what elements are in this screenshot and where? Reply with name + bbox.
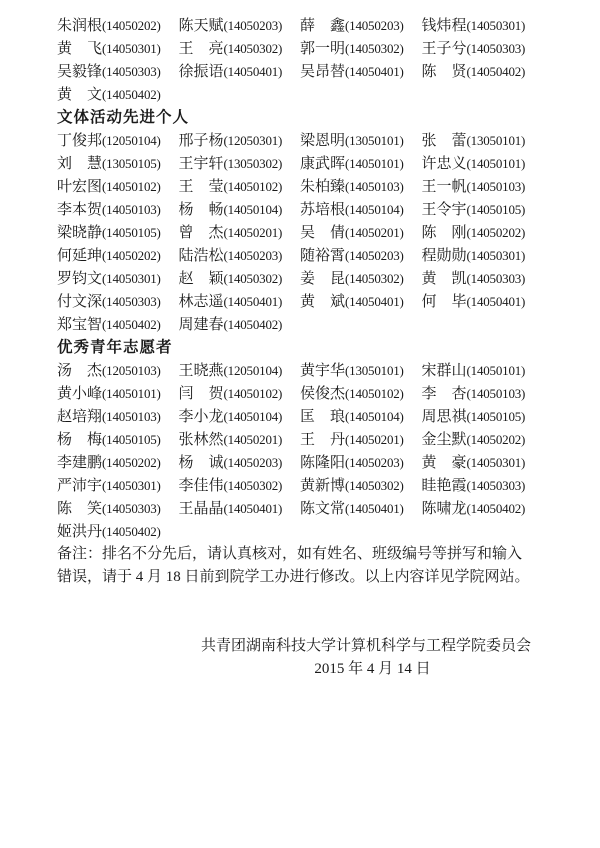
award-entry: 闫 贺(14050102)	[179, 382, 301, 405]
document-page: 朱润根(14050202)陈天赋(14050203)薛 鑫(14050203)钱…	[0, 0, 600, 848]
award-entry-name: 闫 贺	[179, 386, 224, 402]
award-entry-student-id: (14050301)	[467, 455, 526, 470]
award-entry-student-id: (13050302)	[224, 156, 283, 171]
award-entry: 眭艳霞(14050303)	[422, 474, 544, 497]
award-entry-name: 杨 畅	[179, 202, 224, 218]
award-entry-name: 匡 琅	[300, 409, 345, 425]
award-entry: 张林然(14050201)	[179, 428, 301, 451]
section-title-sports-activities: 文体活动先进个人	[57, 106, 543, 129]
award-entry-student-id: (14050105)	[102, 225, 161, 240]
award-entry: 梁恩明(13050101)	[300, 129, 422, 152]
award-entry-name: 黄 文	[57, 87, 102, 103]
award-entry-name: 郑宝智	[57, 317, 102, 333]
award-entry-student-id: (14050303)	[102, 294, 161, 309]
award-entry-name: 丁俊邦	[57, 133, 102, 149]
award-entry-student-id: (13050105)	[102, 156, 161, 171]
award-entry-student-id: (14050102)	[102, 179, 161, 194]
volunteer-award-list: 汤 杰(12050103)王晓燕(12050104)黄宇华(13050101)宋…	[57, 359, 543, 543]
award-entry-student-id: (14050302)	[345, 478, 404, 493]
award-entry: 宋群山(14050101)	[422, 359, 544, 382]
award-entry-name: 黄 豪	[422, 455, 467, 471]
award-entry: 朱润根(14050202)	[57, 14, 179, 37]
award-entry-name: 李小龙	[179, 409, 224, 425]
award-entry: 周思祺(14050105)	[422, 405, 544, 428]
award-entry: 吴 倩(14050201)	[300, 221, 422, 244]
award-entry-student-id: (14050402)	[467, 501, 526, 516]
award-entry-student-id: (14050103)	[102, 202, 161, 217]
award-entry-name: 吴昂替	[300, 64, 345, 80]
award-entry-name: 程勋勋	[422, 248, 467, 264]
award-entry: 陈隆阳(14050203)	[300, 451, 422, 474]
award-entry-name: 杨 梅	[57, 432, 102, 448]
award-entry: 王 亮(14050302)	[179, 37, 301, 60]
award-entry-student-id: (14050303)	[467, 478, 526, 493]
award-entry-name: 林志遥	[179, 294, 224, 310]
award-entry-student-id: (14050103)	[102, 409, 161, 424]
award-entry: 朱柏臻(14050103)	[300, 175, 422, 198]
award-entry-name: 陈天赋	[179, 18, 224, 34]
award-entry-student-id: (14050401)	[345, 64, 404, 79]
award-entry: 黄 飞(14050301)	[57, 37, 179, 60]
award-entry: 黄宇华(13050101)	[300, 359, 422, 382]
award-entry-student-id: (13050101)	[345, 363, 404, 378]
award-entry: 姬洪丹(14050402)	[57, 520, 179, 543]
award-entry-student-id: (14050104)	[345, 409, 404, 424]
award-entry-name: 王一帆	[422, 179, 467, 195]
award-entry-student-id: (14050201)	[224, 432, 283, 447]
award-entry-name: 赵 颖	[179, 271, 224, 287]
award-entry-name: 王宇轩	[179, 156, 224, 172]
signature-organization: 共青团湖南科技大学计算机科学与工程学院委员会	[57, 635, 543, 658]
award-entry-student-id: (14050104)	[224, 409, 283, 424]
award-entry-student-id: (14050102)	[224, 386, 283, 401]
award-entry-student-id: (14050301)	[102, 478, 161, 493]
award-entry-name: 黄小峰	[57, 386, 102, 402]
award-entry-name: 陈 贤	[422, 64, 467, 80]
award-entry: 陈 笑(14050303)	[57, 497, 179, 520]
award-entry-name: 李本贺	[57, 202, 102, 218]
award-entry: 匡 琅(14050104)	[300, 405, 422, 428]
award-entry: 汤 杰(12050103)	[57, 359, 179, 382]
award-entry-name: 张 蕾	[422, 133, 467, 149]
award-entry-name: 黄新博	[300, 478, 345, 494]
award-entry-name: 陈啸龙	[422, 501, 467, 517]
award-entry: 徐振语(14050401)	[179, 60, 301, 83]
award-entry-name: 朱柏臻	[300, 179, 345, 195]
award-entry-student-id: (14050203)	[224, 455, 283, 470]
award-entry: 王一帆(14050103)	[422, 175, 544, 198]
award-entry-name: 何 毕	[422, 294, 467, 310]
award-entry-student-id: (14050203)	[345, 248, 404, 263]
award-entry: 康武晖(14050101)	[300, 152, 422, 175]
award-entry-student-id: (14050302)	[345, 41, 404, 56]
award-entry-name: 苏培根	[300, 202, 345, 218]
signature-date: 2015 年 4 月 14 日	[57, 658, 543, 681]
award-entry-name: 吴毅锋	[57, 64, 102, 80]
award-entry-student-id: (12050104)	[224, 363, 283, 378]
award-entry: 赵培翔(14050103)	[57, 405, 179, 428]
award-entry: 黄 豪(14050301)	[422, 451, 544, 474]
award-entry-name: 黄 飞	[57, 41, 102, 57]
section-title-young-volunteers: 优秀青年志愿者	[57, 336, 543, 359]
award-entry: 陆浩松(14050203)	[179, 244, 301, 267]
award-entry: 黄小峰(14050101)	[57, 382, 179, 405]
award-entry-name: 陈 刚	[422, 225, 467, 241]
award-entry-name: 朱润根	[57, 18, 102, 34]
award-entry: 杨 诚(14050203)	[179, 451, 301, 474]
award-entry-student-id: (13050101)	[467, 133, 526, 148]
award-entry: 杨 梅(14050105)	[57, 428, 179, 451]
award-entry-name: 许忠义	[422, 156, 467, 172]
award-entry-student-id: (14050103)	[467, 386, 526, 401]
award-entry: 陈文常(14050401)	[300, 497, 422, 520]
award-entry: 金尘默(14050202)	[422, 428, 544, 451]
award-entry-name: 王 亮	[179, 41, 224, 57]
award-entry-name: 周建春	[179, 317, 224, 333]
award-entry-student-id: (14050101)	[102, 386, 161, 401]
award-entry: 郑宝智(14050402)	[57, 313, 179, 336]
award-entry: 王晓燕(12050104)	[179, 359, 301, 382]
award-entry-name: 钱炜程	[422, 18, 467, 34]
award-entry: 钱炜程(14050301)	[422, 14, 544, 37]
award-entry: 李 杏(14050103)	[422, 382, 544, 405]
award-entry-student-id: (14050105)	[467, 202, 526, 217]
award-entry-student-id: (14050301)	[467, 18, 526, 33]
award-entry-student-id: (14050101)	[467, 363, 526, 378]
award-entry-student-id: (14050201)	[224, 225, 283, 240]
award-entry: 周建春(14050402)	[179, 313, 301, 336]
award-entry: 何 毕(14050401)	[422, 290, 544, 313]
award-entry-student-id: (13050101)	[345, 133, 404, 148]
award-entry-student-id: (12050103)	[102, 363, 161, 378]
award-entry-name: 王 丹	[300, 432, 345, 448]
award-entry: 程勋勋(14050301)	[422, 244, 544, 267]
award-entry-student-id: (14050301)	[467, 248, 526, 263]
award-entry-student-id: (14050301)	[102, 271, 161, 286]
award-entry: 梁晓静(14050105)	[57, 221, 179, 244]
top-award-list: 朱润根(14050202)陈天赋(14050203)薛 鑫(14050203)钱…	[57, 14, 543, 106]
award-entry-student-id: (14050402)	[102, 317, 161, 332]
award-entry: 李本贺(14050103)	[57, 198, 179, 221]
award-entry-student-id: (14050303)	[467, 41, 526, 56]
award-entry-name: 付文深	[57, 294, 102, 310]
award-entry-student-id: (14050105)	[467, 409, 526, 424]
award-entry: 张 蕾(13050101)	[422, 129, 544, 152]
award-entry-student-id: (14050303)	[102, 64, 161, 79]
award-entry-student-id: (14050402)	[102, 524, 161, 539]
award-entry-student-id: (14050102)	[224, 179, 283, 194]
award-entry-student-id: (14050202)	[102, 248, 161, 263]
award-entry-student-id: (14050201)	[345, 225, 404, 240]
award-entry: 林志遥(14050401)	[179, 290, 301, 313]
award-entry-student-id: (14050401)	[224, 501, 283, 516]
award-entry-student-id: (14050203)	[345, 18, 404, 33]
award-entry: 曾 杰(14050201)	[179, 221, 301, 244]
award-entry-student-id: (14050303)	[467, 271, 526, 286]
award-entry-name: 王晶晶	[179, 501, 224, 517]
award-entry: 邢子杨(12050301)	[179, 129, 301, 152]
award-entry-student-id: (14050301)	[102, 41, 161, 56]
award-entry: 黄 凯(14050303)	[422, 267, 544, 290]
award-entry-student-id: (14050302)	[224, 478, 283, 493]
award-entry-student-id: (14050402)	[102, 87, 161, 102]
award-entry: 李佳伟(14050302)	[179, 474, 301, 497]
award-entry-name: 薛 鑫	[300, 18, 345, 34]
award-entry-name: 赵培翔	[57, 409, 102, 425]
award-entry: 随裕霄(14050203)	[300, 244, 422, 267]
award-entry-name: 李佳伟	[179, 478, 224, 494]
award-entry-name: 叶宏图	[57, 179, 102, 195]
award-entry: 李建鹏(14050202)	[57, 451, 179, 474]
award-entry-name: 眭艳霞	[422, 478, 467, 494]
award-entry-student-id: (14050401)	[224, 64, 283, 79]
remarks-line-2: 错误，请于 4 月 18 日前到院学工办进行修改。以上内容详见学院网站。	[57, 569, 530, 585]
award-entry: 刘 慧(13050105)	[57, 152, 179, 175]
award-entry-name: 梁恩明	[300, 133, 345, 149]
award-entry-name: 周思祺	[422, 409, 467, 425]
award-entry-name: 陈文常	[300, 501, 345, 517]
award-entry: 王宇轩(13050302)	[179, 152, 301, 175]
award-entry: 赵 颖(14050302)	[179, 267, 301, 290]
award-entry: 王 丹(14050201)	[300, 428, 422, 451]
award-entry-name: 曾 杰	[179, 225, 224, 241]
award-entry-name: 杨 诚	[179, 455, 224, 471]
award-entry: 黄新博(14050302)	[300, 474, 422, 497]
award-entry-student-id: (14050401)	[224, 294, 283, 309]
award-entry: 侯俊杰(14050102)	[300, 382, 422, 405]
award-entry-student-id: (14050202)	[102, 18, 161, 33]
award-entry-student-id: (14050104)	[224, 202, 283, 217]
award-entry-name: 金尘默	[422, 432, 467, 448]
award-entry-student-id: (14050202)	[467, 225, 526, 240]
signature-block: 共青团湖南科技大学计算机科学与工程学院委员会 2015 年 4 月 14 日	[57, 635, 543, 681]
award-entry-name: 黄宇华	[300, 363, 345, 379]
award-entry-student-id: (14050101)	[345, 156, 404, 171]
award-entry: 苏培根(14050104)	[300, 198, 422, 221]
award-entry-student-id: (12050104)	[102, 133, 161, 148]
award-entry-name: 康武晖	[300, 156, 345, 172]
award-entry-name: 姬洪丹	[57, 524, 102, 540]
award-entry: 王 莹(14050102)	[179, 175, 301, 198]
award-entry-name: 王晓燕	[179, 363, 224, 379]
award-entry-name: 宋群山	[422, 363, 467, 379]
award-entry: 姜 昆(14050302)	[300, 267, 422, 290]
award-entry-name: 黄 凯	[422, 271, 467, 287]
award-entry-student-id: (14050201)	[345, 432, 404, 447]
award-entry-name: 罗钧文	[57, 271, 102, 287]
award-entry-name: 王子兮	[422, 41, 467, 57]
award-entry: 杨 畅(14050104)	[179, 198, 301, 221]
award-entry: 许忠义(14050101)	[422, 152, 544, 175]
award-entry: 叶宏图(14050102)	[57, 175, 179, 198]
award-entry-student-id: (14050401)	[345, 501, 404, 516]
award-entry-name: 王令宇	[422, 202, 467, 218]
award-entry-student-id: (14050104)	[345, 202, 404, 217]
award-entry-student-id: (14050103)	[467, 179, 526, 194]
award-entry-name: 何延珅	[57, 248, 102, 264]
award-entry-student-id: (14050401)	[467, 294, 526, 309]
award-entry-student-id: (14050302)	[345, 271, 404, 286]
award-entry: 丁俊邦(12050104)	[57, 129, 179, 152]
award-entry: 付文深(14050303)	[57, 290, 179, 313]
remarks-note: 备注：排名不分先后，请认真核对，如有姓名、班级编号等拼写和输入 错误，请于 4 …	[57, 543, 543, 589]
award-entry-student-id: (14050401)	[345, 294, 404, 309]
remarks-line-1: 备注：排名不分先后，请认真核对，如有姓名、班级编号等拼写和输入	[57, 546, 522, 562]
award-entry: 罗钧文(14050301)	[57, 267, 179, 290]
award-entry-student-id: (14050101)	[467, 156, 526, 171]
award-entry-name: 梁晓静	[57, 225, 102, 241]
award-entry-name: 随裕霄	[300, 248, 345, 264]
award-entry-name: 侯俊杰	[300, 386, 345, 402]
award-entry: 王子兮(14050303)	[422, 37, 544, 60]
award-entry: 李小龙(14050104)	[179, 405, 301, 428]
award-entry: 严沛宇(14050301)	[57, 474, 179, 497]
award-entry-name: 刘 慧	[57, 156, 102, 172]
award-entry: 吴毅锋(14050303)	[57, 60, 179, 83]
award-entry-student-id: (14050203)	[345, 455, 404, 470]
award-entry: 何延珅(14050202)	[57, 244, 179, 267]
award-entry: 陈天赋(14050203)	[179, 14, 301, 37]
award-entry-name: 吴 倩	[300, 225, 345, 241]
award-entry: 吴昂替(14050401)	[300, 60, 422, 83]
award-entry-student-id: (14050102)	[345, 386, 404, 401]
award-entry: 王晶晶(14050401)	[179, 497, 301, 520]
award-entry-name: 李建鹏	[57, 455, 102, 471]
award-entry-student-id: (12050301)	[224, 133, 283, 148]
award-entry-student-id: (14050202)	[102, 455, 161, 470]
award-entry-student-id: (14050203)	[224, 248, 283, 263]
award-entry-name: 汤 杰	[57, 363, 102, 379]
award-entry-student-id: (14050402)	[467, 64, 526, 79]
award-entry-student-id: (14050105)	[102, 432, 161, 447]
award-entry: 陈 刚(14050202)	[422, 221, 544, 244]
award-entry-name: 徐振语	[179, 64, 224, 80]
award-entry-name: 严沛宇	[57, 478, 102, 494]
award-entry-name: 姜 昆	[300, 271, 345, 287]
award-entry: 郭一明(14050302)	[300, 37, 422, 60]
award-entry-name: 陆浩松	[179, 248, 224, 264]
award-entry-name: 黄 斌	[300, 294, 345, 310]
award-entry-name: 王 莹	[179, 179, 224, 195]
award-entry-student-id: (14050103)	[345, 179, 404, 194]
award-entry: 黄 文(14050402)	[57, 83, 179, 106]
award-entry: 薛 鑫(14050203)	[300, 14, 422, 37]
sports-award-list: 丁俊邦(12050104)邢子杨(12050301)梁恩明(13050101)张…	[57, 129, 543, 336]
award-entry-student-id: (14050402)	[224, 317, 283, 332]
award-entry-student-id: (14050302)	[224, 41, 283, 56]
award-entry-student-id: (14050202)	[467, 432, 526, 447]
award-entry-name: 邢子杨	[179, 133, 224, 149]
award-entry-name: 张林然	[179, 432, 224, 448]
award-entry-name: 李 杏	[422, 386, 467, 402]
award-entry-name: 陈隆阳	[300, 455, 345, 471]
award-entry-name: 郭一明	[300, 41, 345, 57]
award-entry: 王令宇(14050105)	[422, 198, 544, 221]
award-entry-student-id: (14050302)	[224, 271, 283, 286]
award-entry-student-id: (14050303)	[102, 501, 161, 516]
award-entry-student-id: (14050203)	[224, 18, 283, 33]
award-entry-name: 陈 笑	[57, 501, 102, 517]
award-entry: 黄 斌(14050401)	[300, 290, 422, 313]
award-entry: 陈啸龙(14050402)	[422, 497, 544, 520]
award-entry: 陈 贤(14050402)	[422, 60, 544, 83]
